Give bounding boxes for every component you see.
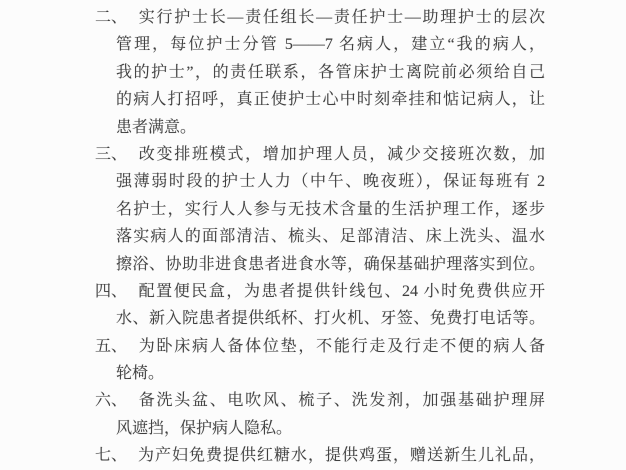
- item-line: 名护士，实行人人参与无技术含量的生活护理工作，逐步: [116, 196, 545, 223]
- item-number: 七、: [95, 442, 137, 469]
- list-item: 二、实行护士长—责任组长—责任护士—助理护士的层次管理，每位护士分管 5——7 …: [95, 4, 545, 141]
- item-line: 我的护士”，的责任联系，各管床护士离院前必须给自己: [116, 59, 545, 86]
- item-text: 为产妇免费提供红糖水，提供鸡蛋，赠送新生儿礼品，: [137, 447, 545, 464]
- list-item: 三、改变排班模式，增加护理人员，减少交接班次数，加强薄弱时段的护士人力（中午、晚…: [95, 141, 545, 278]
- item-number: 六、: [95, 387, 137, 414]
- list-item: 六、备洗头盆、电吹风、梳子、洗发剂，加强基础护理屏风遮挡，保护病人隐私。: [95, 387, 545, 442]
- list-item: 七、为产妇免费提供红糖水，提供鸡蛋，赠送新生儿礼品，: [95, 442, 545, 469]
- item-text: 配置便民盒，为患者提供针线包、24 小时免费供应开: [137, 283, 545, 300]
- item-line: 管理，每位护士分管 5——7 名病人，建立“我的病人，: [116, 31, 545, 58]
- item-text: 改变排班模式，增加护理人员，减少交接班次数，加: [137, 146, 545, 163]
- list-item: 四、配置便民盒，为患者提供针线包、24 小时免费供应开水、新入院患者提供纸杯、打…: [95, 278, 545, 333]
- item-first-line: 五、为卧床病人备体位垫，不能行走及行走不便的病人备: [95, 333, 545, 360]
- item-line: 水、新入院患者提供纸杯、打火机、牙签、免费打电话等。: [116, 305, 545, 332]
- list-item: 五、为卧床病人备体位垫，不能行走及行走不便的病人备轮椅。: [95, 333, 545, 388]
- numbered-list: 二、实行护士长—责任组长—责任护士—助理护士的层次管理，每位护士分管 5——7 …: [95, 4, 545, 470]
- item-line: 强薄弱时段的护士人力（中午、晚夜班），保证每班有 2: [116, 168, 545, 195]
- item-first-line: 二、实行护士长—责任组长—责任护士—助理护士的层次: [95, 4, 545, 31]
- item-number: 二、: [95, 4, 137, 31]
- item-text: 为卧床病人备体位垫，不能行走及行走不便的病人备: [137, 338, 545, 355]
- item-number: 四、: [95, 278, 137, 305]
- item-first-line: 三、改变排班模式，增加护理人员，减少交接班次数，加: [95, 141, 545, 168]
- item-line: 轮椅。: [116, 360, 545, 387]
- item-first-line: 六、备洗头盆、电吹风、梳子、洗发剂，加强基础护理屏: [95, 387, 545, 414]
- item-line: 患者满意。: [116, 114, 545, 141]
- item-text: 备洗头盆、电吹风、梳子、洗发剂，加强基础护理屏: [137, 392, 545, 409]
- item-line: 擦浴、协助非进食患者进食水等，确保基础护理落实到位。: [116, 251, 545, 278]
- item-number: 三、: [95, 141, 137, 168]
- item-number: 五、: [95, 333, 137, 360]
- item-first-line: 四、配置便民盒，为患者提供针线包、24 小时免费供应开: [95, 278, 545, 305]
- item-line: 风遮挡，保护病人隐私。: [116, 415, 545, 442]
- item-first-line: 七、为产妇免费提供红糖水，提供鸡蛋，赠送新生儿礼品，: [95, 442, 545, 469]
- document-page: 二、实行护士长—责任组长—责任护士—助理护士的层次管理，每位护士分管 5——7 …: [0, 0, 626, 470]
- item-line: 的病人打招呼，真正使护士心中时刻牵挂和惦记病人，让: [116, 86, 545, 113]
- item-text: 实行护士长—责任组长—责任护士—助理护士的层次: [137, 9, 545, 26]
- item-line: 落实病人的面部清洁、梳头、足部清洁、床上洗头、温水: [116, 223, 545, 250]
